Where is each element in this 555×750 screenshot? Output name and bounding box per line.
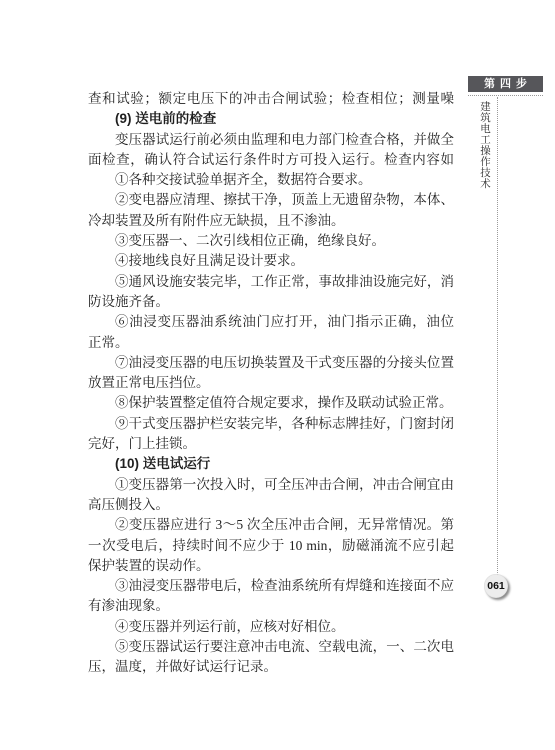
page-text: 查和试验；额定电压下的冲击合闸试验；检查相位；测量噪声。(9) 送电前的检查变压… xyxy=(88,89,454,678)
sidebar-dotted-line xyxy=(497,97,498,575)
text-line: ⑧保护装置整定值符合规定要求，操作及联动试验正常。 xyxy=(88,393,454,413)
text-line: 保护装置的误动作。 xyxy=(88,556,454,576)
text-line: ⑤变压器试运行要注意冲击电流、空载电流，一、二次电 xyxy=(88,637,454,657)
text-line: 正常。 xyxy=(88,333,454,353)
text-line: ③变压器一、二次引线相位正确，绝缘良好。 xyxy=(88,231,454,251)
text-line: ⑤通风设施安装完毕，工作正常，事故排油设施完好，消 xyxy=(88,272,454,292)
text-line: 查和试验；额定电压下的冲击合闸试验；检查相位；测量噪声。 xyxy=(88,89,454,109)
text-line: ②变电器应清理、擦拭干净，顶盖上无遗留杂物，本体、 xyxy=(88,190,454,210)
text-line: 放置正常电压挡位。 xyxy=(88,373,454,393)
text-line: ⑥油浸变压器油系统油门应打开，油门指示正确，油位 xyxy=(88,312,454,332)
badge-dotted-underline xyxy=(468,95,543,96)
text-line: 防设施齐备。 xyxy=(88,292,454,312)
text-line: ⑨干式变压器护栏安装完毕，各种标志牌挂好，门窗封闭 xyxy=(88,414,454,434)
step-badge-label: 第四步 xyxy=(484,78,532,90)
text-line: (9) 送电前的检查 xyxy=(88,109,454,129)
text-line: ①各种交接试验单据齐全，数据符合要求。 xyxy=(88,170,454,190)
sidebar-vertical-title: 建筑电工操作技术 xyxy=(477,101,492,189)
text-line: (10) 送电试运行 xyxy=(88,454,454,474)
text-line: 冷却装置及所有附件应无缺损，且不渗油。 xyxy=(88,211,454,231)
page-number-circle: 061 xyxy=(484,574,508,598)
step-badge: 第四步 xyxy=(468,76,543,92)
text-line: ④接地线良好且满足设计要求。 xyxy=(88,251,454,271)
book-page: 查和试验；额定电压下的冲击合闸试验；检查相位；测量噪声。(9) 送电前的检查变压… xyxy=(0,0,555,750)
text-line: 压，温度，并做好试运行记录。 xyxy=(88,657,454,677)
text-line: 变压器试运行前必须由监理和电力部门检查合格，并做全 xyxy=(88,130,454,150)
text-line: ④变压器并列运行前，应核对好相位。 xyxy=(88,617,454,637)
text-line: 一次受电后，持续时间不应少于 10 min，励磁涌流不应引起 xyxy=(88,536,454,556)
text-line: ⑦油浸变压器的电压切换装置及干式变压器的分接头位置 xyxy=(88,353,454,373)
text-line: 完好，门上挂锁。 xyxy=(88,434,454,454)
page-number: 061 xyxy=(487,580,505,592)
text-line: ②变压器应进行 3～5 次全压冲击合闸，无异常情况。第 xyxy=(88,515,454,535)
text-line: ①变压器第一次投入时，可全压冲击合闸，冲击合闸宜由 xyxy=(88,475,454,495)
text-line: ③油浸变压器带电后，检查油系统所有焊缝和连接面不应 xyxy=(88,576,454,596)
text-line: 面检查，确认符合试运行条件时方可投入运行。检查内容如下： xyxy=(88,150,454,170)
text-line: 有渗油现象。 xyxy=(88,596,454,616)
text-line: 高压侧投入。 xyxy=(88,495,454,515)
